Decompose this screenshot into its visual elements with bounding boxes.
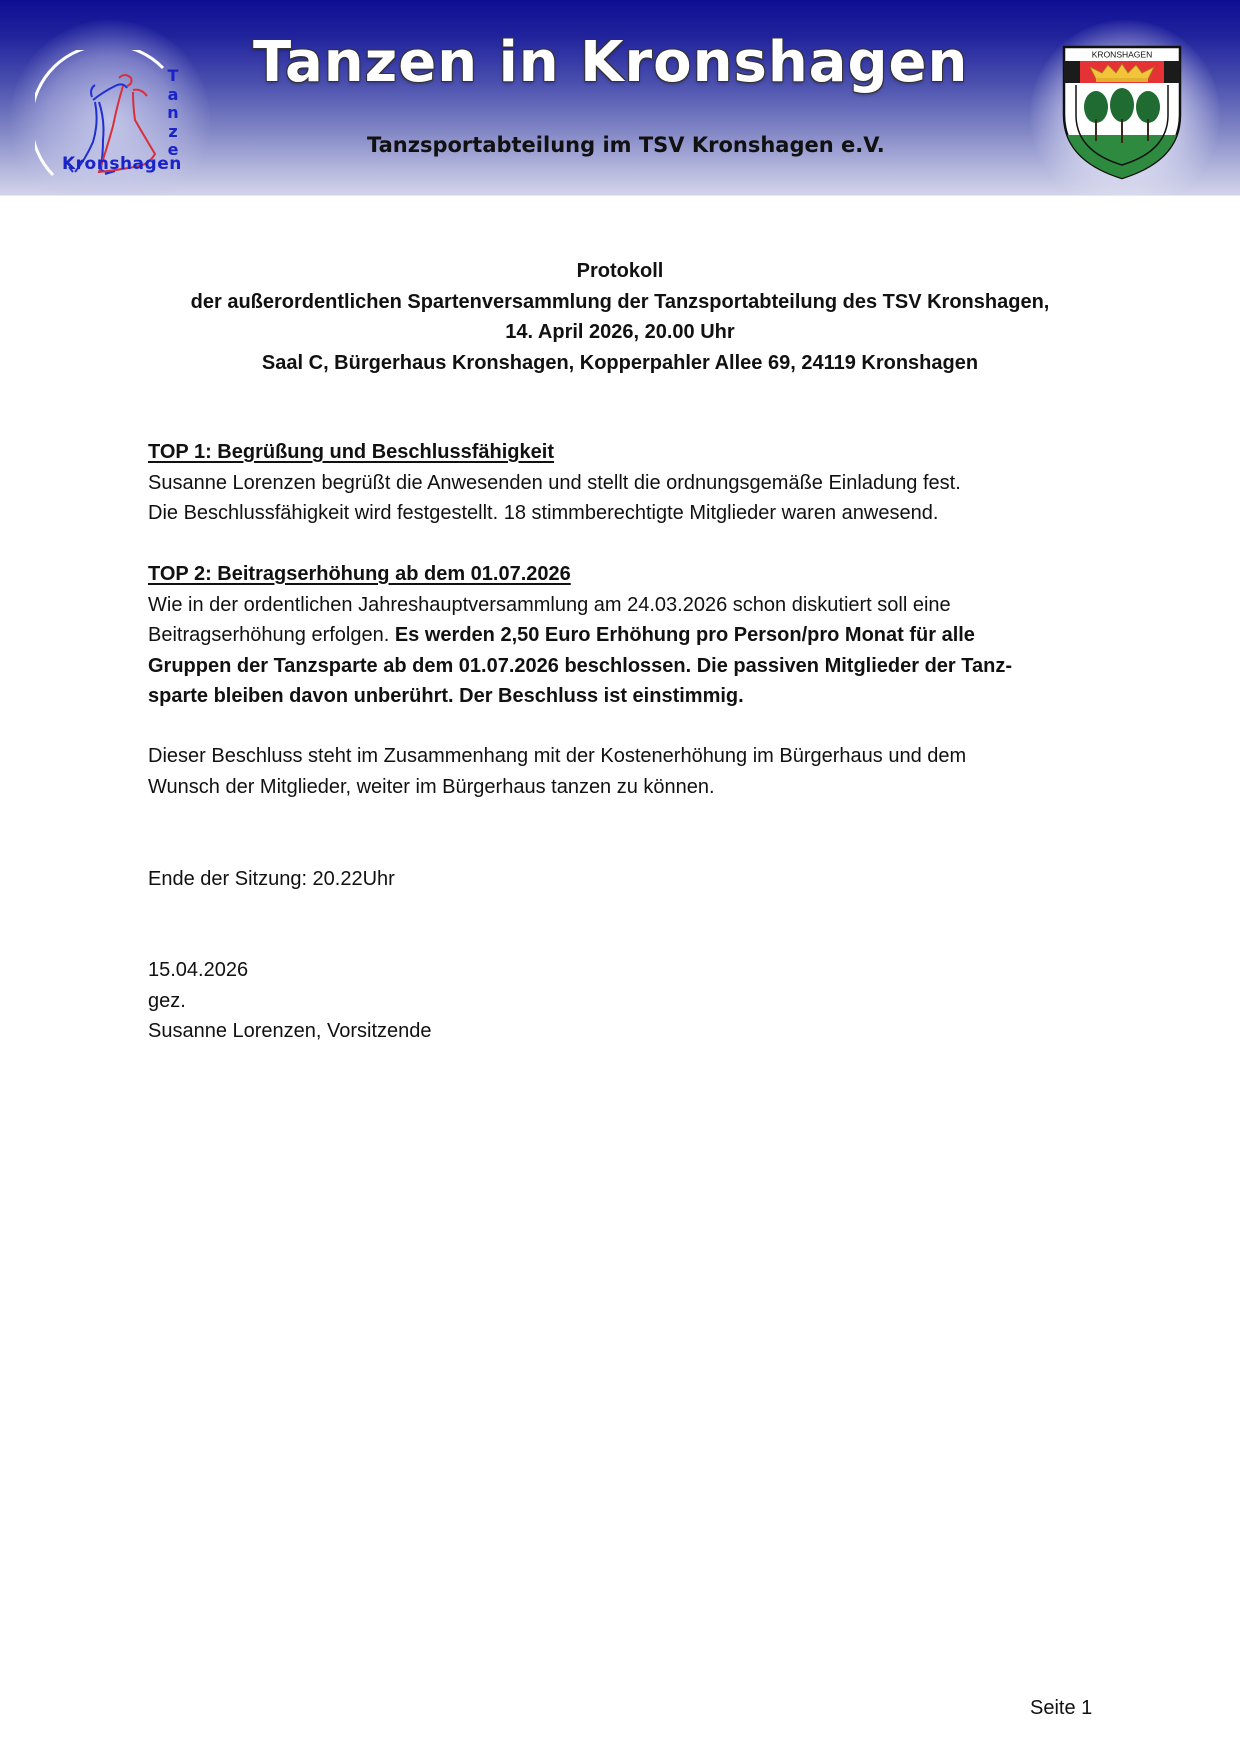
resolution-text: Gruppen der Tanzsparte ab dem 01.07.2026… xyxy=(148,651,1108,682)
agenda-item-2-text: Wie in der ordentlichen Jahreshauptversa… xyxy=(148,590,1108,621)
signature-name: Susanne Lorenzen, Vorsitzende xyxy=(148,1016,1108,1047)
agenda-item-1-text: Die Beschlussfähigkeit wird festgestellt… xyxy=(148,498,1108,529)
heading-meeting: der außerordentlichen Spartenversammlung… xyxy=(140,287,1100,318)
signature-block: 15.04.2026 gez. Susanne Lorenzen, Vorsit… xyxy=(148,955,1108,1047)
signature-signed: gez. xyxy=(148,986,1108,1017)
agenda-item-2: TOP 2: Beitragserhöhung ab dem 01.07.202… xyxy=(148,559,1108,712)
context-text: Wunsch der Mitglieder, weiter im Bürgerh… xyxy=(148,772,1108,803)
heading-title: Protokoll xyxy=(140,256,1100,287)
agenda-item-2-text: Beitragserhöhung erfolgen. Es werden 2,5… xyxy=(148,620,1108,651)
resolution-context: Dieser Beschluss steht im Zusammenhang m… xyxy=(148,741,1108,802)
page-number: Seite 1 xyxy=(1030,1697,1092,1720)
agenda-item-1-title: TOP 1: Begrüßung und Beschlussfähigkeit xyxy=(148,437,1108,468)
heading-date: 14. April 2026, 20.00 Uhr xyxy=(140,317,1100,348)
agenda-item-2-title: TOP 2: Beitragserhöhung ab dem 01.07.202… xyxy=(148,559,1108,590)
context-text: Dieser Beschluss steht im Zusammenhang m… xyxy=(148,741,1108,772)
meeting-end-text: Ende der Sitzung: 20.22Uhr xyxy=(148,864,1108,895)
meeting-end: Ende der Sitzung: 20.22Uhr xyxy=(148,864,1108,895)
agenda-item-1-text: Susanne Lorenzen begrüßt die Anwesenden … xyxy=(148,468,1108,499)
signature-date: 15.04.2026 xyxy=(148,955,1108,986)
resolution-text: Es werden 2,50 Euro Erhöhung pro Person/… xyxy=(395,624,975,646)
agenda-item-1: TOP 1: Begrüßung und Beschlussfähigkeit … xyxy=(148,437,1108,529)
heading-location: Saal C, Bürgerhaus Kronshagen, Kopperpah… xyxy=(140,348,1100,379)
protocol-document: Protokoll der außerordentlichen Spartenv… xyxy=(0,0,1240,1754)
resolution-text: sparte bleiben davon unberührt. Der Besc… xyxy=(148,681,1108,712)
agenda-item-2-text-normal: Beitragserhöhung erfolgen. xyxy=(148,624,395,646)
protocol-heading: Protokoll der außerordentlichen Spartenv… xyxy=(140,256,1100,378)
